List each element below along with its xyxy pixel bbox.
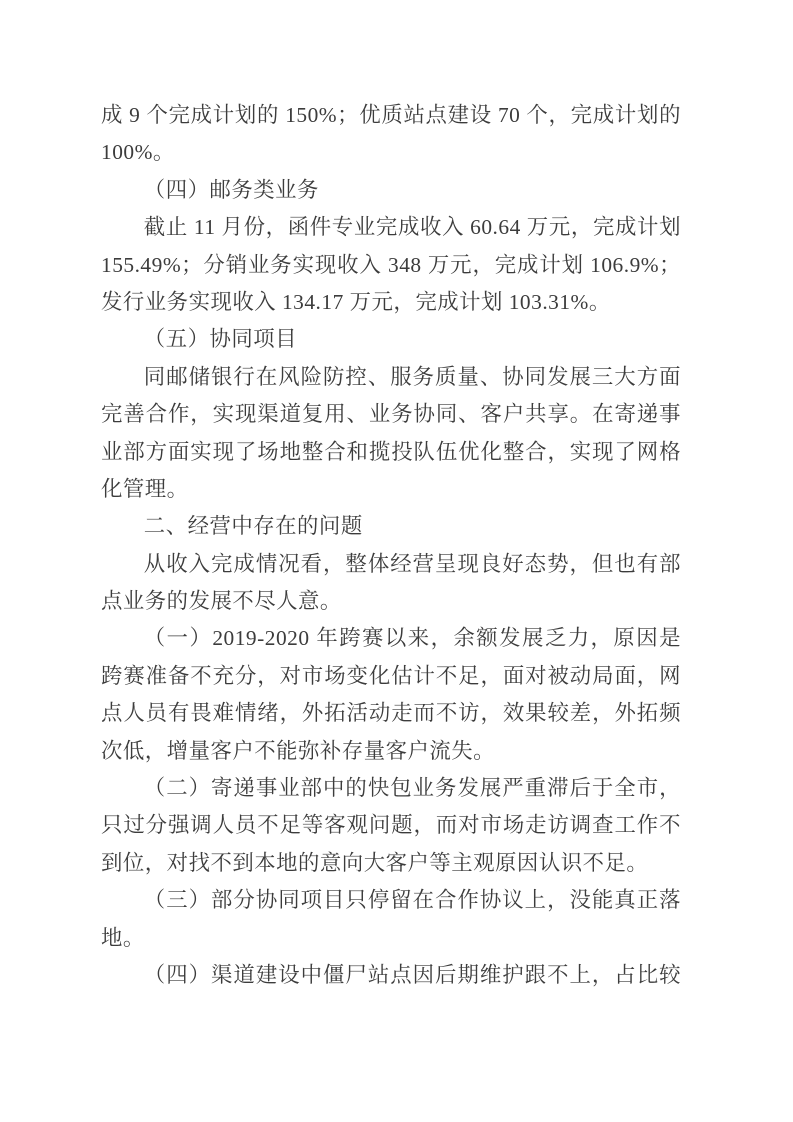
document-page: 成 9 个完成计划的 150%；优质站点建设 70 个，完成计划的100%。（四… <box>0 0 793 1122</box>
text-line: 100%。 <box>101 134 681 171</box>
text-line: 从收入完成情况看，整体经营呈现良好态势，但也有部分重 <box>101 546 681 583</box>
text-line: 发行业务实现收入 134.17 万元，完成计划 103.31%。 <box>101 284 681 321</box>
page-text: 成 9 个完成计划的 150%；优质站点建设 70 个，完成计划的100%。（四… <box>101 97 681 994</box>
text-line: （四）渠道建设中僵尸站点因后期维护跟不上，占比较 <box>101 957 681 994</box>
text-line: 地。 <box>101 920 681 957</box>
text-line: 同邮储银行在风险防控、服务质量、协同发展三大方面 <box>101 359 681 396</box>
text-line: （一）2019-2020 年跨赛以来，余额发展乏力，原因是 <box>101 620 681 657</box>
text-line: 截止 11 月份，函件专业完成收入 60.64 万元，完成计划 <box>101 209 681 246</box>
text-line: 点业务的发展不尽人意。 <box>101 583 681 620</box>
section-heading: 二、经营中存在的问题 <box>101 508 681 545</box>
text-line: 跨赛准备不充分，对市场变化估计不足，面对被动局面，网 <box>101 658 681 695</box>
text-line: （二）寄递事业部中的快包业务发展严重滞后于全市， <box>101 770 681 807</box>
text-line: 点人员有畏难情绪，外拓活动走而不访，效果较差，外拓频 <box>101 695 681 732</box>
text-line: （四）邮务类业务 <box>101 172 681 209</box>
text-line: 成 9 个完成计划的 150%；优质站点建设 70 个，完成计划的 <box>101 97 681 134</box>
text-line: 只过分强调人员不足等客观问题，而对市场走访调查工作不 <box>101 807 681 844</box>
text-line: 完善合作，实现渠道复用、业务协同、客户共享。在寄递事 <box>101 396 681 433</box>
text-line: 155.49%；分销业务实现收入 348 万元，完成计划 106.9%； <box>101 247 681 284</box>
text-line: 次低，增量客户不能弥补存量客户流失。 <box>101 733 681 770</box>
text-line: （五）协同项目 <box>101 321 681 358</box>
text-line: 化管理。 <box>101 471 681 508</box>
text-line: （三）部分协同项目只停留在合作协议上，没能真正落 <box>101 882 681 919</box>
text-line: 到位，对找不到本地的意向大客户等主观原因认识不足。 <box>101 845 681 882</box>
text-line: 业部方面实现了场地整合和揽投队伍优化整合，实现了网格 <box>101 434 681 471</box>
